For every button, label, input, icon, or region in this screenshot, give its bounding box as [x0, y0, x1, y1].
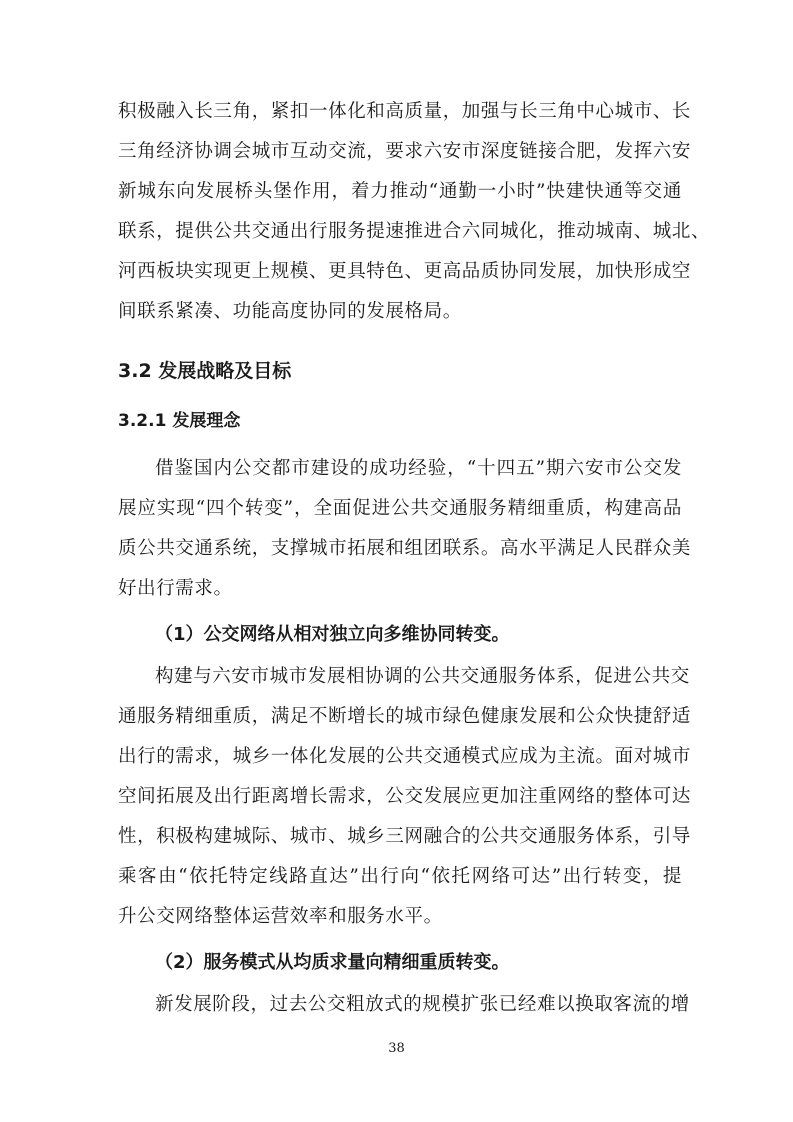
page-number: 38 — [0, 1041, 793, 1056]
body-text-line: 积极融入长三角，紧扣一体化和高质量，加强与长三角中心城市、长 — [118, 99, 682, 125]
item-heading-1: （1）公交网络从相对独立向多维协同转变。 — [155, 620, 510, 646]
body-text-line: 间联系紧凑、功能高度协同的发展格局。 — [118, 299, 682, 325]
subsection-heading: 3.2.1 发展理念 — [118, 406, 240, 431]
body-text-line: 借鉴国内公交都市建设的成功经验，“十四五”期六安市公交发 — [155, 456, 682, 482]
item-heading-2: （2）服务模式从均质求量向精细重质转变。 — [155, 948, 510, 974]
body-text-line: 三角经济协调会城市互动交流，要求六安市深度链接合肥，发挥六安 — [118, 139, 682, 165]
body-text-line: 质公共交通系统，支撑城市拓展和组团联系。高水平满足人民群众美 — [118, 536, 682, 562]
section-heading: 3.2 发展战略及目标 — [118, 356, 291, 383]
body-text-line: 河西板块实现更上规模、更具特色、更高品质协同发展，加快形成空 — [118, 259, 682, 285]
body-text-line: 空间拓展及出行距离增长需求，公交发展应更加注重网络的整体可达 — [118, 784, 682, 810]
body-text-line: 乘客由“依托特定线路直达”出行向“依托网络可达”出行转变，提 — [118, 864, 682, 890]
body-text-line: 联系，提供公共交通出行服务提速推进合六同城化，推动城南、城北、 — [118, 219, 682, 245]
body-text-line: 性，积极构建城际、城市、城乡三网融合的公共交通服务体系，引导 — [118, 824, 682, 850]
body-text-line: 出行的需求，城乡一体化发展的公共交通模式应成为主流。面对城市 — [118, 744, 682, 770]
body-text-line: 好出行需求。 — [118, 576, 682, 602]
body-text-line: 新城东向发展桥头堡作用，着力推动“通勤一小时”快建快通等交通 — [118, 179, 682, 205]
body-text-line: 升公交网络整体运营效率和服务水平。 — [118, 904, 682, 930]
body-text-line: 构建与六安市城市发展相协调的公共交通服务体系，促进公共交 — [155, 664, 682, 690]
body-text-line: 新发展阶段，过去公交粗放式的规模扩张已经难以换取客流的增 — [155, 992, 682, 1018]
body-text-line: 展应实现“四个转变”，全面促进公共交通服务精细重质，构建高品 — [118, 496, 682, 522]
body-text-line: 通服务精细重质，满足不断增长的城市绿色健康发展和公众快捷舒适 — [118, 704, 682, 730]
